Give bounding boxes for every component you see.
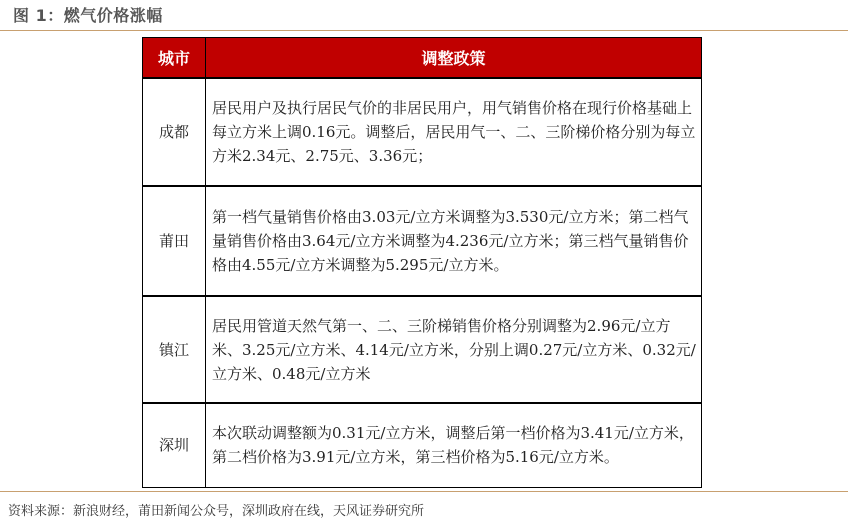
table-row: 成都 居民用户及执行居民气价的非居民用户，用气销售价格在现行价格基础上每立方米上…: [143, 78, 702, 186]
header-policy: 调整政策: [206, 38, 702, 79]
policy-cell: 居民用管道天然气第一、二、三阶梯销售价格分别调整为2.96元/立方米、3.25元…: [206, 296, 702, 403]
table-row: 镇江 居民用管道天然气第一、二、三阶梯销售价格分别调整为2.96元/立方米、3.…: [143, 296, 702, 403]
source-note: 资料来源：新浪财经，莆田新闻公众号，深圳政府在线，天风证券研究所: [8, 500, 424, 519]
gas-price-policy-table: 城市 调整政策 成都 居民用户及执行居民气价的非居民用户，用气销售价格在现行价格…: [142, 37, 702, 488]
policy-cell: 第一档气量销售价格由3.03元/立方米调整为3.530元/立方米；第二档气量销售…: [206, 186, 702, 296]
table-row: 深圳 本次联动调整额为0.31元/立方米，调整后第一档价格为3.41元/立方米，…: [143, 403, 702, 487]
city-cell: 莆田: [143, 186, 206, 296]
top-divider: [0, 30, 848, 31]
table-row: 莆田 第一档气量销售价格由3.03元/立方米调整为3.530元/立方米；第二档气…: [143, 186, 702, 296]
bottom-divider: [0, 491, 848, 492]
city-cell: 深圳: [143, 403, 206, 487]
policy-cell: 本次联动调整额为0.31元/立方米，调整后第一档价格为3.41元/立方米，第二档…: [206, 403, 702, 487]
policy-cell: 居民用户及执行居民气价的非居民用户，用气销售价格在现行价格基础上每立方米上调0.…: [206, 78, 702, 186]
city-cell: 成都: [143, 78, 206, 186]
header-city: 城市: [143, 38, 206, 79]
table-header-row: 城市 调整政策: [143, 38, 702, 79]
figure-title: 图 1：燃气价格涨幅: [13, 3, 163, 26]
city-cell: 镇江: [143, 296, 206, 403]
